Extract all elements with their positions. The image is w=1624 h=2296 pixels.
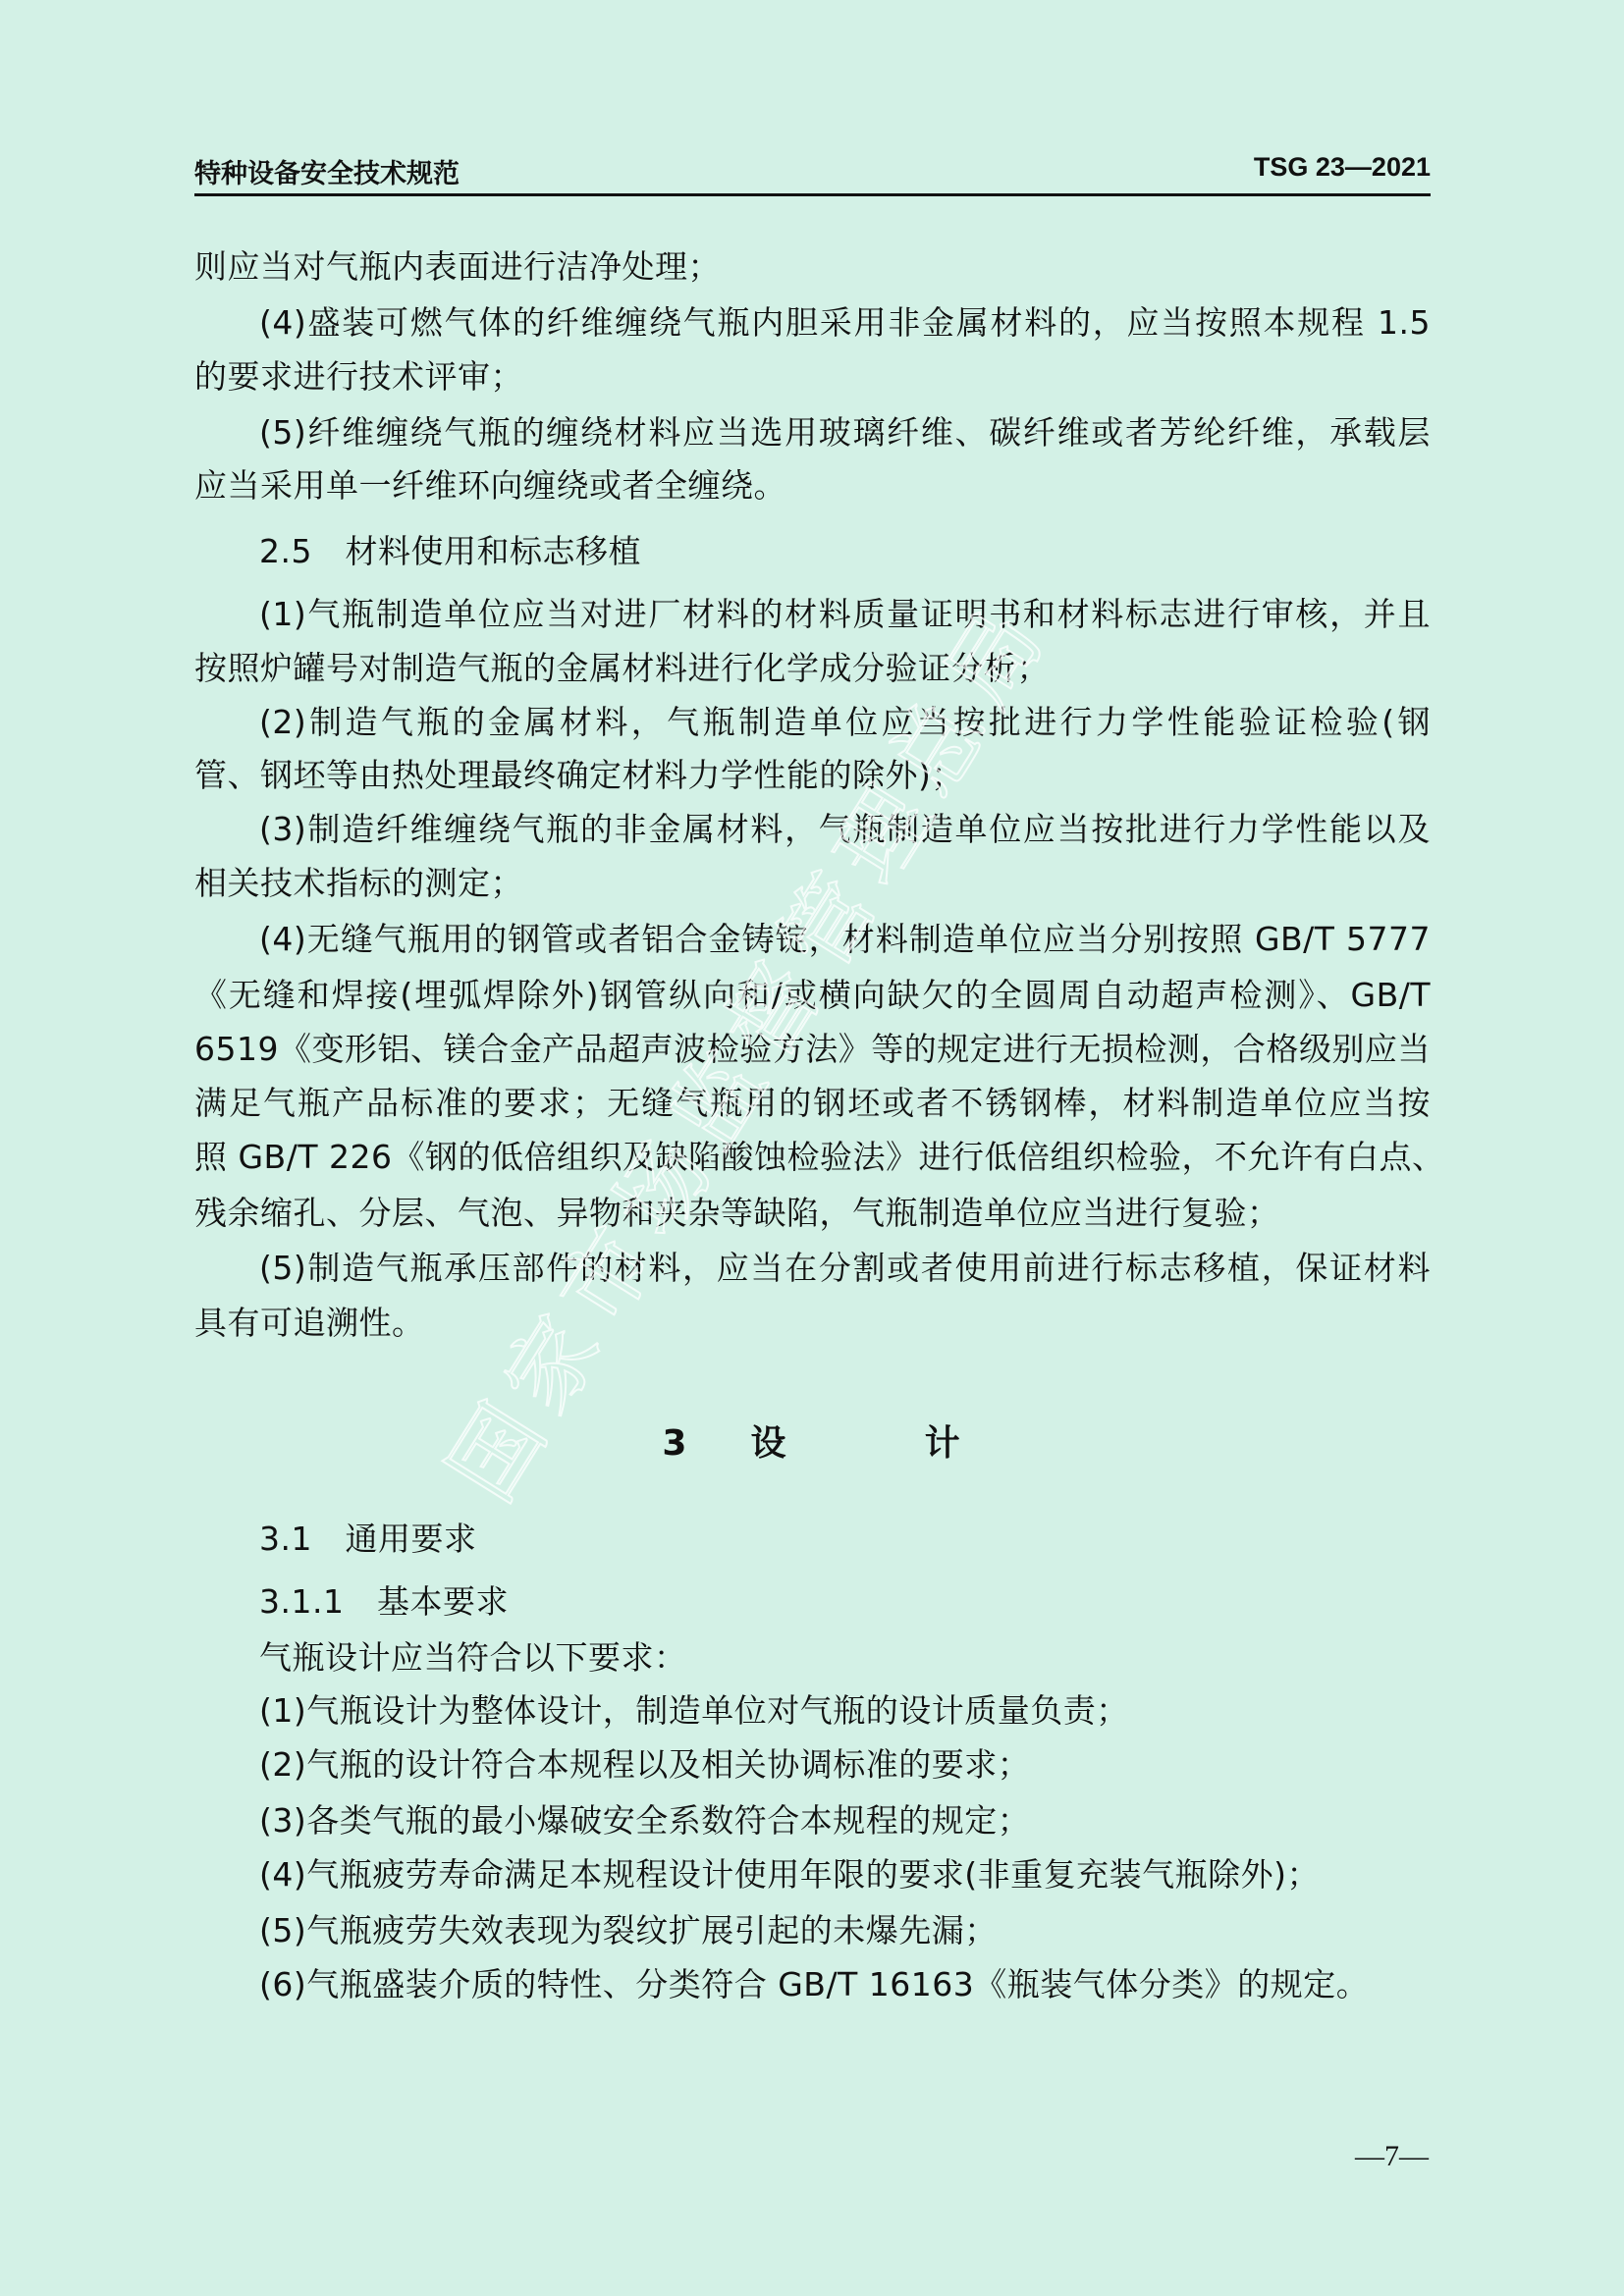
text-line: (5)制造气瓶承压部件的材料，应当在分割或者使用前进行标志移植，保证材料 bbox=[194, 1249, 1431, 1288]
text-line: (1)气瓶设计为整体设计，制造单位对气瓶的设计质量负责； bbox=[194, 1691, 1431, 1731]
text-line: (3)各类气瓶的最小爆破安全系数符合本规程的规定； bbox=[194, 1801, 1431, 1841]
text-line: 满足气瓶产品标准的要求；无缝气瓶用的钢坯或者不锈钢棒，材料制造单位应当按 bbox=[194, 1084, 1431, 1123]
text-line: (3)制造纤维缠绕气瓶的非金属材料，气瓶制造单位应当按批进行力学性能以及 bbox=[194, 810, 1431, 849]
running-header: 特种设备安全技术规范 TSG 23—2021 bbox=[194, 152, 1431, 191]
text-line: 6519《变形铝、镁合金产品超声波检验方法》等的规定进行无损检测，合格级别应当 bbox=[194, 1030, 1431, 1069]
page-number: —7— bbox=[1355, 2140, 1429, 2173]
section-heading: 3.1.1 基本要求 bbox=[194, 1582, 1431, 1622]
header-title: 特种设备安全技术规范 bbox=[194, 152, 460, 190]
text-line: 2.5 材料使用和标志移植 bbox=[194, 532, 1431, 571]
chapter-number: 3 bbox=[662, 1423, 688, 1464]
text-line: (4)盛装可燃气体的纤维缠绕气瓶内胆采用非金属材料的，应当按照本规程 1.5 bbox=[194, 303, 1431, 343]
text-line: (4)无缝气瓶用的钢管或者铝合金铸锭，材料制造单位应当分别按照 GB/T 577… bbox=[194, 920, 1431, 959]
chapter-title-char-1: 设 bbox=[751, 1415, 788, 1466]
text-line: 应当采用单一纤维环向缠绕或者全缠绕。 bbox=[194, 466, 1431, 506]
text-line: 气瓶设计应当符合以下要求： bbox=[194, 1638, 1431, 1678]
text-line: 具有可追溯性。 bbox=[194, 1304, 1431, 1343]
text-line: (4)气瓶疲劳寿命满足本规程设计使用年限的要求(非重复充装气瓶除外)； bbox=[194, 1855, 1431, 1895]
text-line: (6)气瓶盛装介质的特性、分类符合 GB/T 16163《瓶装气体分类》的规定。 bbox=[194, 1965, 1431, 2004]
text-line: (5)气瓶疲劳失效表现为裂纹扩展引起的未爆先漏； bbox=[194, 1911, 1431, 1950]
text-line: 照 GB/T 226《钢的低倍组织及缺陷酸蚀检验法》进行低倍组织检验，不允许有白… bbox=[194, 1138, 1431, 1177]
text-line: 则应当对气瓶内表面进行洁净处理； bbox=[194, 247, 1431, 287]
text-line: (2)气瓶的设计符合本规程以及相关协调标准的要求； bbox=[194, 1745, 1431, 1785]
text-line: (1)气瓶制造单位应当对进厂材料的材料质量证明书和材料标志进行审核，并且 bbox=[194, 595, 1431, 634]
section-heading: 3.1 通用要求 bbox=[194, 1520, 1431, 1559]
text-line: 《无缝和焊接(埋弧焊除外)钢管纵向和/或横向缺欠的全圆周自动超声检测》、GB/T bbox=[194, 976, 1431, 1015]
chapter-heading: 3 设 计 bbox=[0, 1415, 1624, 1466]
header-rule bbox=[194, 193, 1431, 196]
chapter-title-char-2: 计 bbox=[925, 1415, 962, 1466]
text-line: 残余缩孔、分层、气泡、异物和夹杂等缺陷，气瓶制造单位应当进行复验； bbox=[194, 1194, 1431, 1233]
text-line: 管、钢坯等由热处理最终确定材料力学性能的除外)； bbox=[194, 756, 1431, 795]
header-standard-number: TSG 23—2021 bbox=[1254, 152, 1431, 183]
text-line: (2)制造气瓶的金属材料，气瓶制造单位应当按批进行力学性能验证检验(钢 bbox=[194, 703, 1431, 742]
text-line: 按照炉罐号对制造气瓶的金属材料进行化学成分验证分析； bbox=[194, 649, 1431, 688]
text-line: 相关技术指标的测定； bbox=[194, 864, 1431, 903]
text-line: 的要求进行技术评审； bbox=[194, 357, 1431, 397]
text-line: (5)纤维缠绕气瓶的缠绕材料应当选用玻璃纤维、碳纤维或者芳纶纤维，承载层 bbox=[194, 413, 1431, 453]
